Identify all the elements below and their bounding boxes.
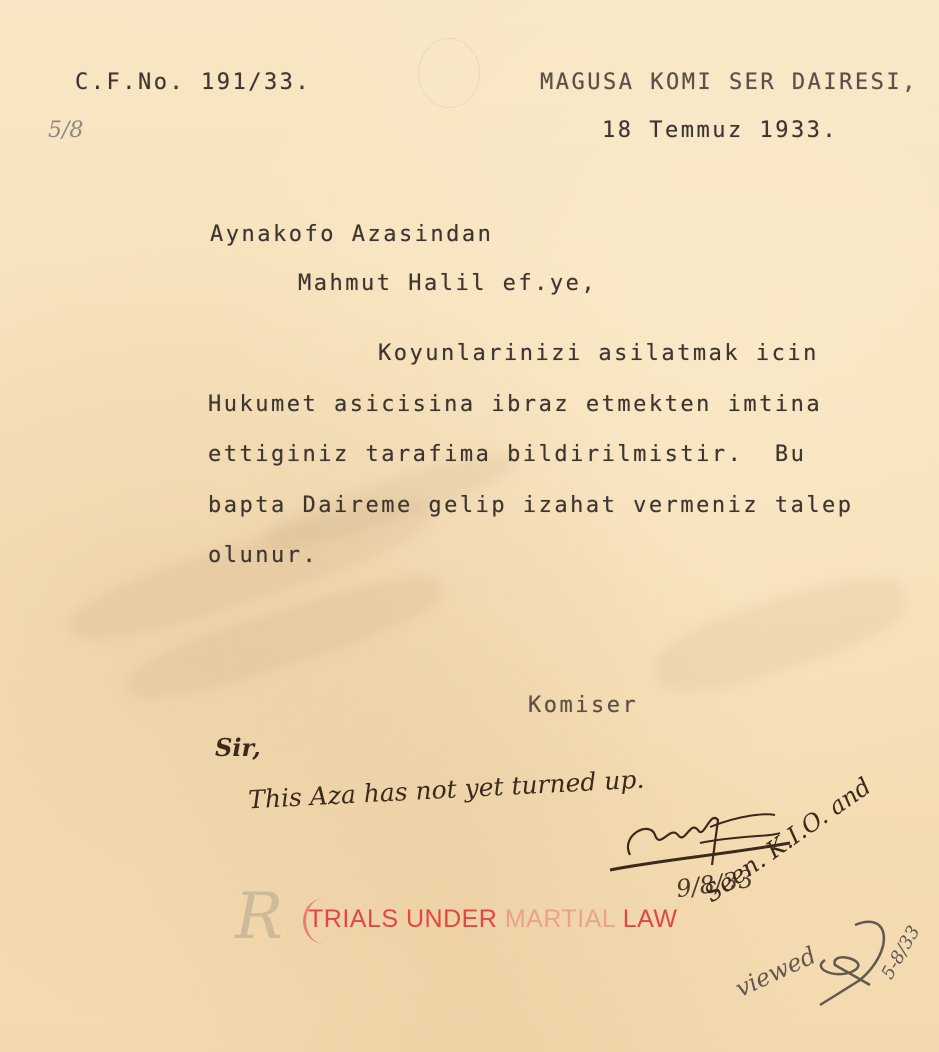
office-heading: MAGUSA KOMI SER DAIRESI, — [540, 70, 918, 95]
recipient-line-1: Aynakofo Azasindan — [210, 222, 493, 247]
embossed-seal — [418, 38, 480, 108]
body-line: Koyunlarinizi asilatmak icin — [378, 341, 819, 366]
stamp-text-end: LAW — [615, 905, 677, 933]
stamp-text: TRIALS UNDER — [308, 905, 497, 933]
paper-background — [0, 0, 939, 1052]
handwritten-salutation: Sir, — [215, 733, 261, 762]
document-date: 18 Temmuz 1933. — [602, 118, 838, 143]
pencil-mark: R — [235, 880, 283, 954]
body-line: Hukumet asicisina ibraz etmekten imtina — [208, 392, 822, 417]
signature-title: Komiser — [528, 693, 638, 718]
margin-note: 5/8 — [48, 118, 83, 143]
stamp-text-faded: MARTIAL — [497, 905, 615, 933]
file-reference: C.F.No. 191/33. — [75, 70, 311, 95]
recipient-line-2: Mahmut Halil ef.ye, — [298, 271, 597, 296]
body-line: olunur. — [208, 543, 318, 568]
body-line: bapta Daireme gelip izahat vermeniz tale… — [208, 493, 854, 518]
body-line: ettiginiz tarafima bildirilmistir. Bu — [208, 442, 806, 467]
red-stamp: TRIALS UNDER MARTIAL LAW — [308, 905, 678, 934]
